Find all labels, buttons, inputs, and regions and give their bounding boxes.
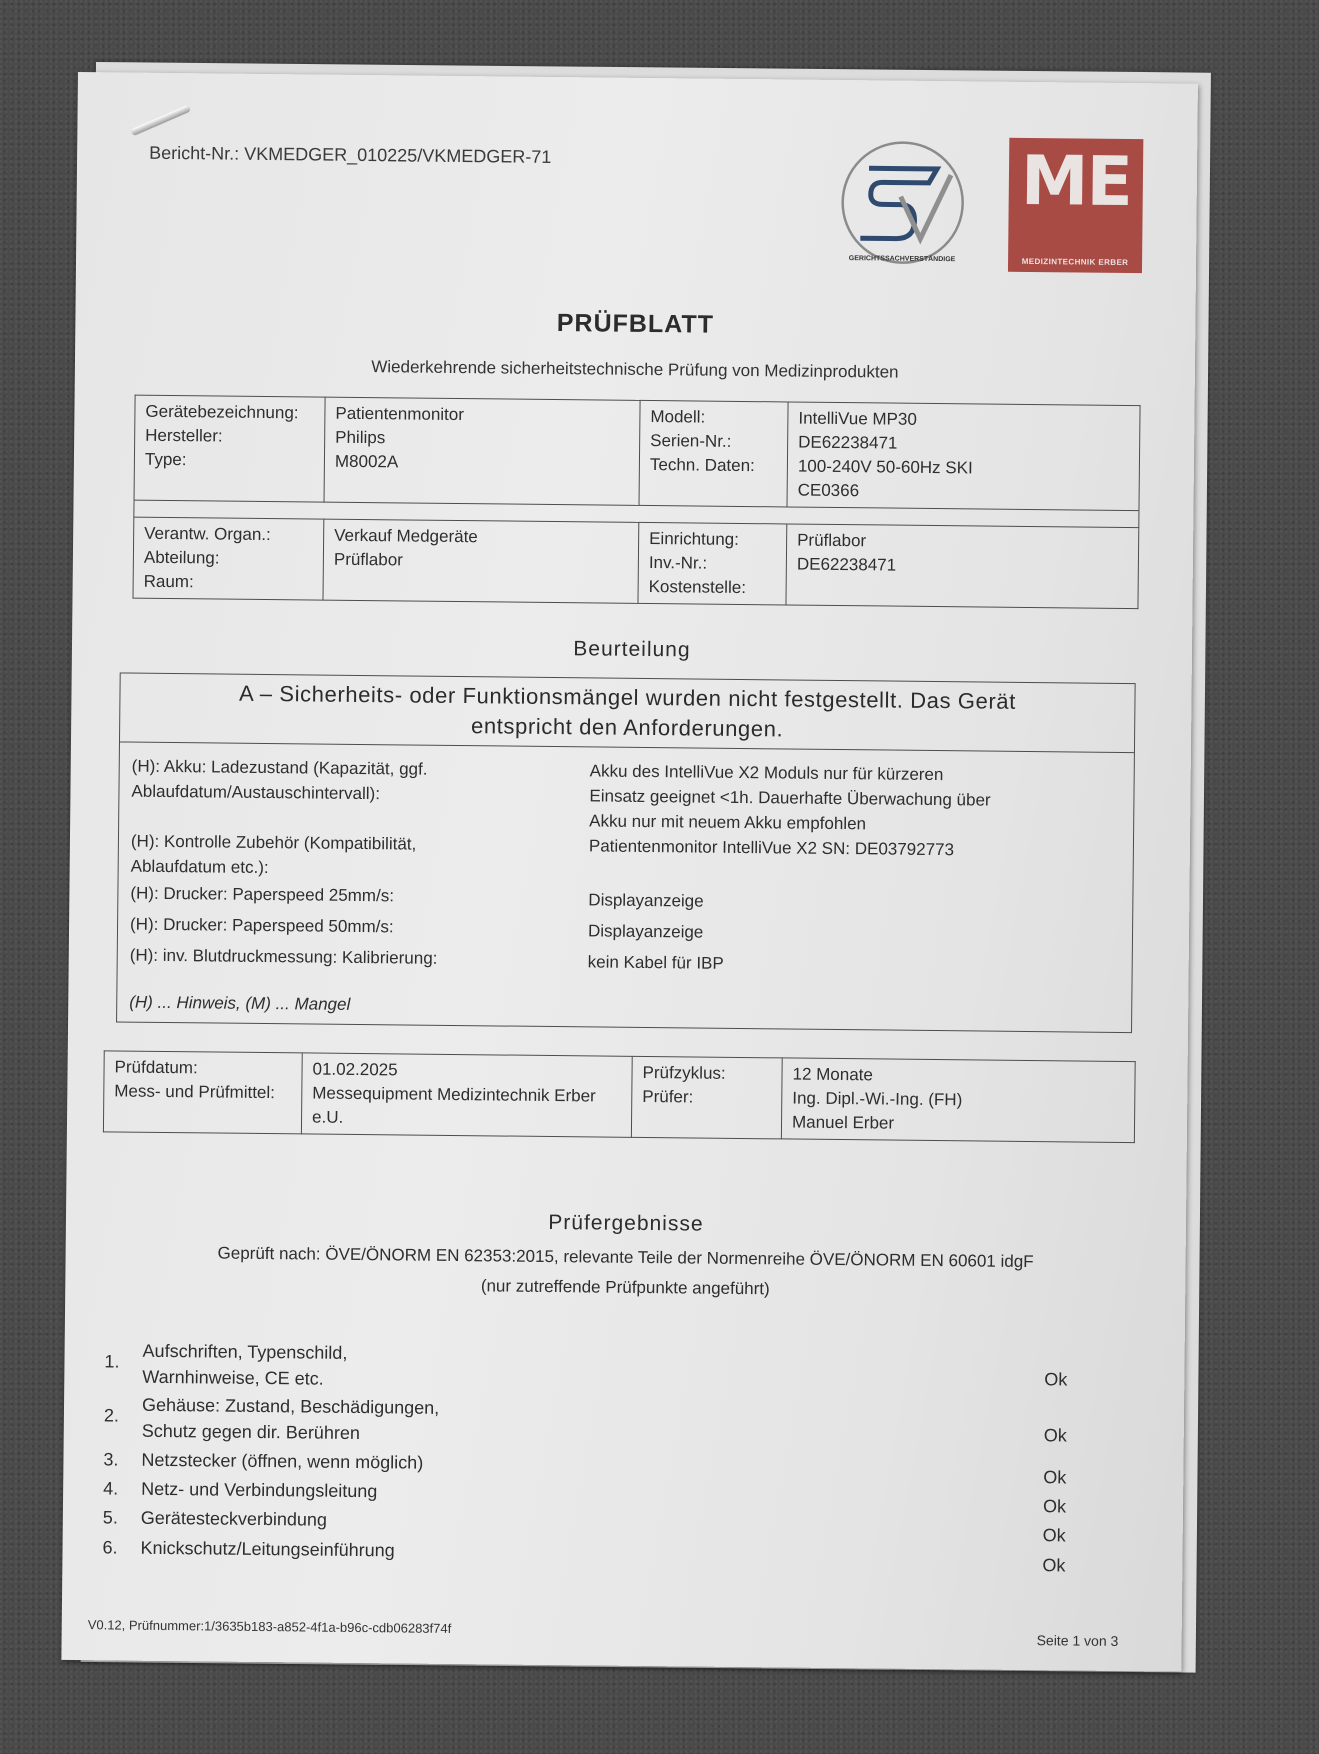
test-info-table: Prüfdatum: Mess- und Prüfmittel: 01.02.2…: [103, 1050, 1136, 1143]
device-info-table: Gerätebezeichnung: Hersteller: Type: Pat…: [132, 395, 1140, 610]
me-logo-icon: ME MEDIZINTECHNIK ERBER: [1008, 138, 1143, 273]
test-values-left: 01.02.2025 Messequipment Medizintechnik …: [301, 1053, 632, 1137]
org-values-right: Prüflabor DE62238471: [786, 524, 1139, 609]
test-cycle: 12 Monate: [792, 1063, 1124, 1090]
svg-text:GERICHTSSACHVERSTÄNDIGE: GERICHTSSACHVERSTÄNDIGE: [849, 254, 956, 263]
staple-icon: [131, 105, 190, 135]
finding-printer-25: (H): Drucker: Paperspeed 25mm/s:: [130, 881, 394, 909]
finding-printer-50-value: Displayanzeige: [588, 918, 1108, 948]
test-labels-left: Prüfdatum: Mess- und Prüfmittel:: [103, 1051, 302, 1134]
technical-data: 100-240V 50-60Hz SKI: [798, 455, 1129, 482]
device-labels-left: Gerätebezeichnung: Hersteller: Type:: [134, 395, 325, 502]
org-labels-right: Einrichtung: Inv.-Nr.: Kostenstelle:: [638, 522, 787, 605]
assessment-box: A – Sicherheits- oder Funktionsmängel wu…: [116, 672, 1136, 1033]
result-status: Ok: [1043, 1496, 1066, 1517]
manufacturer: Philips: [335, 426, 629, 453]
me-logo-caption: MEDIZINTECHNIK ERBER: [1008, 257, 1142, 267]
ce-mark: CE0366: [798, 479, 1129, 506]
result-item: 4. Netz- und Verbindungsleitung Ok: [103, 1478, 1103, 1488]
device-type: M8002A: [335, 450, 629, 477]
page-number: Seite 1 von 3: [1037, 1632, 1119, 1649]
assessment-legend: (H) ... Hinweis, (M) ... Mangel: [129, 990, 350, 1017]
results-heading: Prüfergebnisse: [66, 1206, 1186, 1242]
inspector: Ing. Dipl.-Wi.-Ing. (FH): [792, 1087, 1124, 1114]
finding-accessories: (H): Kontrolle Zubehör (Kompatibilität, …: [131, 829, 417, 882]
result-status: Ok: [1043, 1525, 1066, 1546]
document-page: Bericht-Nr.: VKMEDGER_010225/VKMEDGER-71…: [61, 72, 1198, 1672]
assessment-heading: Beurteilung: [72, 632, 1192, 668]
results-note: (nur zutreffende Prüfpunkte angeführt): [65, 1272, 1185, 1304]
results-standard: Geprüft nach: ÖVE/ÖNORM EN 62353:2015, r…: [66, 1242, 1186, 1274]
finding-battery: (H): Akku: Ladezustand (Kapazität, ggf. …: [131, 754, 427, 807]
model: IntelliVue MP30: [798, 407, 1129, 434]
device-labels-right: Modell: Serien-Nr.: Techn. Daten:: [639, 400, 788, 507]
device-values-left: Patientenmonitor Philips M8002A: [324, 397, 640, 505]
device-row: Gerätebezeichnung: Hersteller: Type: Pat…: [134, 395, 1140, 511]
result-item: 2. Gehäuse: Zustand, Beschädigungen, Sch…: [104, 1391, 1104, 1401]
device-values-right: IntelliVue MP30 DE62238471 100-240V 50-6…: [787, 402, 1140, 511]
finding-ibp: (H): inv. Blutdruckmessung: Kalibrierung…: [130, 943, 438, 971]
finding-printer-50: (H): Drucker: Paperspeed 50mm/s:: [130, 912, 394, 940]
organization-row: Verantw. Organ.: Abteilung: Raum: Verkau…: [133, 517, 1139, 609]
finding-ibp-value: kein Kabel für IBP: [588, 949, 1108, 979]
test-equipment: Messequipment Medizintechnik Erber: [312, 1082, 621, 1109]
serial-number: DE62238471: [798, 431, 1129, 458]
department: Prüflabor: [334, 548, 628, 575]
me-logo-mark: ME: [1008, 138, 1143, 227]
results-list: 1. Aufschriften, Typenschild, Warnhinwei…: [105, 1337, 1105, 1347]
result-status: Ok: [1044, 1369, 1067, 1390]
report-number: Bericht-Nr.: VKMEDGER_010225/VKMEDGER-71: [149, 143, 551, 168]
facility: Prüflabor: [797, 529, 1128, 556]
device-name: Patientenmonitor: [335, 402, 629, 429]
test-date: 01.02.2025: [312, 1058, 621, 1085]
result-status: Ok: [1042, 1555, 1065, 1576]
finding-battery-value: Akku des IntelliVue X2 Moduls nur für kü…: [589, 758, 1110, 838]
assessment-verdict: A – Sicherheits- oder Funktionsmängel wu…: [120, 673, 1135, 753]
org-labels-left: Verantw. Organ.: Abteilung: Raum:: [133, 517, 324, 600]
footer-version: V0.12, Prüfnummer:1/3635b183-a852-4f1a-b…: [88, 1617, 452, 1636]
document-title: PRÜFBLATT: [75, 304, 1195, 345]
sv-seal-logo-icon: GERICHTSSACHVERSTÄNDIGE: [838, 138, 967, 267]
finding-accessories-value: Patientenmonitor IntelliVue X2 SN: DE037…: [589, 833, 1109, 863]
test-values-right: 12 Monate Ing. Dipl.-Wi.-Ing. (FH) Manue…: [781, 1058, 1135, 1143]
result-item: 1. Aufschriften, Typenschild, Warnhinwei…: [105, 1337, 1105, 1347]
result-item: 6. Knickschutz/Leitungseinführung Ok: [103, 1537, 1103, 1547]
inventory-number: DE62238471: [797, 553, 1128, 580]
result-status: Ok: [1043, 1467, 1066, 1488]
test-labels-right: Prüfzyklus: Prüfer:: [631, 1056, 782, 1139]
result-item: 5. Gerätesteckverbindung Ok: [103, 1507, 1103, 1517]
org-values-left: Verkauf Medgeräte Prüflabor: [323, 519, 639, 603]
finding-printer-25-value: Displayanzeige: [588, 887, 1108, 917]
result-item: 3. Netzstecker (öffnen, wenn möglich) Ok: [104, 1449, 1104, 1459]
result-status: Ok: [1044, 1425, 1067, 1446]
responsible-organization: Verkauf Medgeräte: [334, 524, 628, 551]
document-subtitle: Wiederkehrende sicherheitstechnische Prü…: [75, 354, 1195, 386]
